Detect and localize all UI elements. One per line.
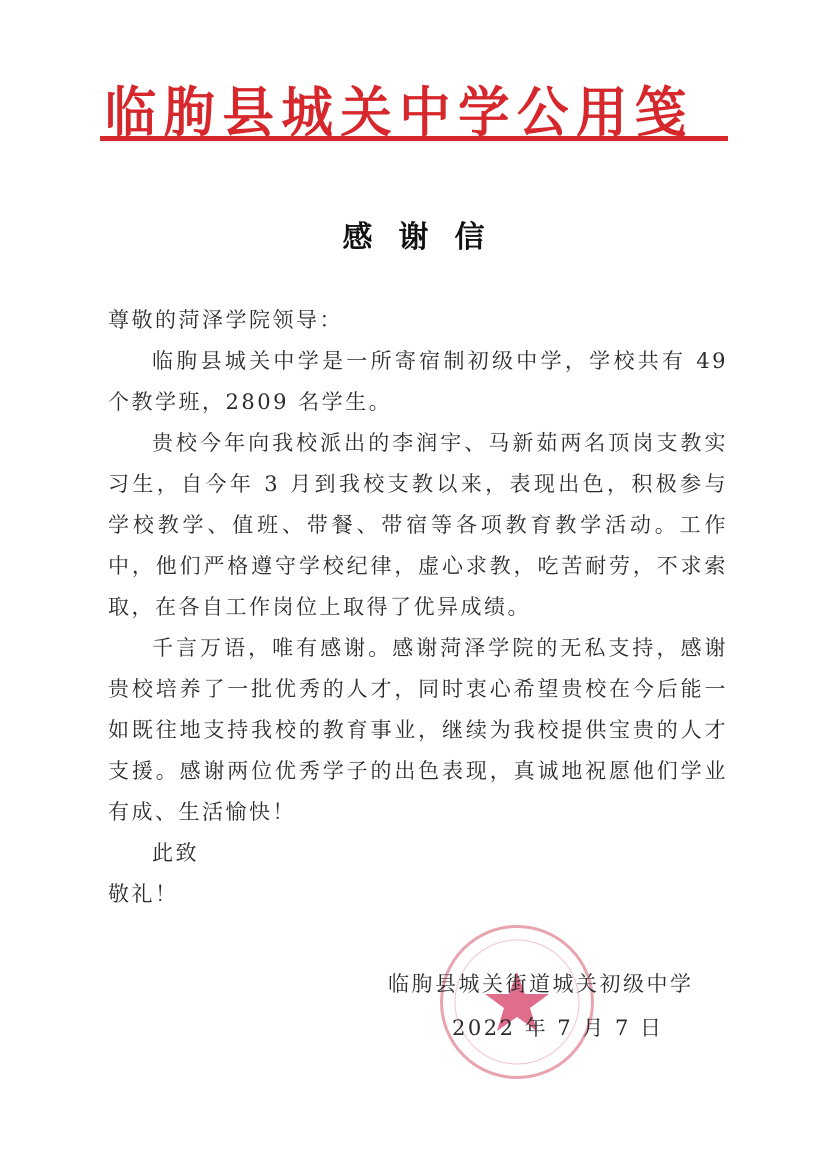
red-star-seal-icon xyxy=(443,928,591,1076)
letterhead-rule xyxy=(100,136,728,141)
letterhead: 临朐县城关中学公用笺 xyxy=(100,82,730,142)
closing-salute: 敬礼！ xyxy=(108,874,728,915)
letter-body: 尊敬的菏泽学院领导： 临朐县城关中学是一所寄宿制初级中学，学校共有 49 个教学… xyxy=(108,300,728,915)
paragraph-2: 贵校今年向我校派出的李润宇、马新茹两名顶岗支教实习生，自今年 3 月到我校支教以… xyxy=(108,423,728,628)
signature-date: 2022 年 7 月 7 日 xyxy=(452,1012,664,1042)
signature-organization: 临朐县城关街道城关初级中学 xyxy=(388,968,694,998)
paragraph-1: 临朐县城关中学是一所寄宿制初级中学，学校共有 49 个教学班，2809 名学生。 xyxy=(108,341,728,423)
document-title: 感谢信 xyxy=(0,212,827,256)
letterhead-title: 临朐县城关中学公用笺 xyxy=(100,82,699,142)
closing-greeting: 此致 xyxy=(108,833,728,874)
paragraph-3: 千言万语，唯有感谢。感谢菏泽学院的无私支持，感谢贵校培养了一批优秀的人才，同时衷… xyxy=(108,628,728,833)
official-seal xyxy=(440,925,594,1079)
salutation: 尊敬的菏泽学院领导： xyxy=(108,300,728,341)
